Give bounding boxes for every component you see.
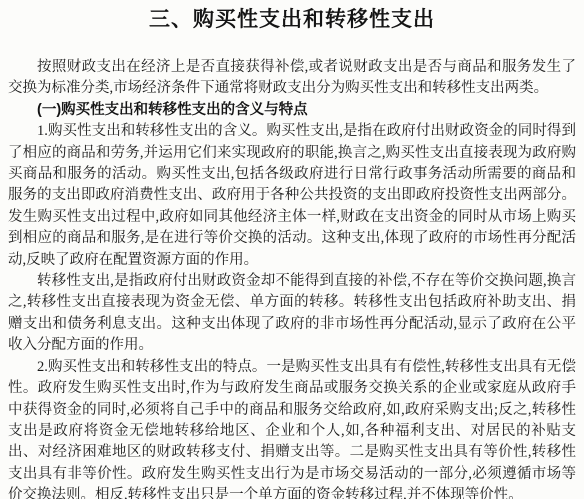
page-title-text: 三、购买性支出和转移性支出	[149, 8, 435, 31]
paragraph-intro: 按照财政支出在经济上是否直接获得补偿,或者说财政支出是否与商品和服务发生了交换为…	[8, 57, 576, 100]
document-page: 三、购买性支出和转移性支出 按照财政支出在经济上是否直接获得补偿,或者说财政支出…	[0, 0, 584, 499]
paragraph-features: 2.购买性支出和转移性支出的特点。一是购买性支出具有有偿性,转移性支出具有无偿性…	[8, 357, 576, 499]
section-heading: (一)购买性支出和转移性支出的含义与特点	[8, 100, 576, 121]
page-title: 三、购买性支出和转移性支出	[8, 7, 576, 33]
paragraph-purchase-definition: 1.购买性支出和转移性支出的含义。购买性支出,是指在政府付出财政资金的同时得到了…	[8, 121, 576, 271]
paragraph-transfer-definition: 转移性支出,是指政府付出财政资金却不能得到直接的补偿,不存在等价交换问题,换言之…	[8, 271, 576, 357]
